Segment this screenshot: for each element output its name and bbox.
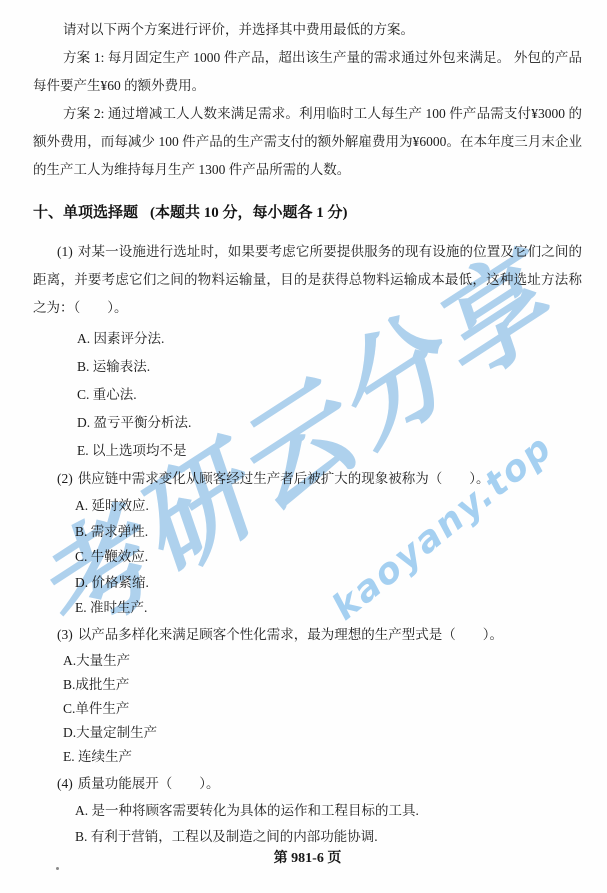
q2-option-a: A. 延时效应. (75, 493, 582, 519)
question-4-text: (4)质量功能展开（ ）。 (33, 770, 582, 798)
q2-option-e: E. 准时生产. (75, 595, 582, 621)
question-3-number: (3) (57, 627, 73, 642)
document-page: 考研云分享 kaoyany.top 请对以下两个方案进行评价，并选择其中费用最低… (0, 0, 607, 893)
question-1-number: (1) (57, 244, 73, 259)
page-number: 第 981-6 页 (33, 850, 582, 868)
q1-option-c: C. 重心法. (77, 381, 582, 409)
question-4-options: A. 是一种将顾客需要转化为具体的运作和工程目标的工具. B. 有利于营销，工程… (33, 798, 582, 850)
question-2-body: 供应链中需求变化从顾客经过生产者后被扩大的现象被称为（ ）。 (78, 471, 490, 486)
section-score-note: (本题共 10 分，每小题各 1 分) (150, 205, 348, 221)
question-1: (1)对某一设施进行选址时，如果要考虑它所要提供服务的现有设施的位置及它们之间的… (33, 238, 582, 465)
scan-speck (56, 867, 59, 870)
question-2-text: (2)供应链中需求变化从顾客经过生产者后被扩大的现象被称为（ ）。 (33, 465, 582, 493)
q4-option-b: B. 有利于营销，工程以及制造之间的内部功能协调. (75, 824, 582, 850)
q4-option-a: A. 是一种将顾客需要转化为具体的运作和工程目标的工具. (75, 798, 582, 824)
q2-option-c: C. 牛鞭效应. (75, 544, 582, 570)
question-3-body: 以产品多样化来满足顾客个性化需求，最为理想的生产型式是（ ）。 (78, 627, 503, 642)
q1-option-d: D. 盈亏平衡分析法. (77, 409, 582, 437)
question-1-text: (1)对某一设施进行选址时，如果要考虑它所要提供服务的现有设施的位置及它们之间的… (33, 238, 582, 322)
q3-option-a: A.大量生产 (63, 649, 582, 673)
q3-option-b: B.成批生产 (63, 673, 582, 697)
q2-option-d: D. 价格紧缩. (75, 570, 582, 596)
q1-option-b: B. 运输表法. (77, 353, 582, 381)
question-3-options: A.大量生产 B.成批生产 C.单件生产 D.大量定制生产 E. 连续生产 (33, 649, 582, 770)
intro-paragraph: 请对以下两个方案进行评价，并选择其中费用最低的方案。 (33, 16, 582, 44)
question-4-body: 质量功能展开（ ）。 (78, 776, 220, 791)
question-1-options: A. 因素评分法. B. 运输表法. C. 重心法. D. 盈亏平衡分析法. E… (33, 325, 582, 465)
q1-option-e: E. 以上选项均不是 (77, 437, 582, 465)
question-1-body: 对某一设施进行选址时，如果要考虑它所要提供服务的现有设施的位置及它们之间的距离，… (33, 244, 582, 315)
question-4-number: (4) (57, 776, 73, 791)
q1-option-a: A. 因素评分法. (77, 325, 582, 353)
plan2-paragraph: 方案 2: 通过增减工人人数来满足需求。利用临时工人每生产 100 件产品需支付… (33, 100, 582, 184)
section-title: 十、单项选择题 (33, 205, 138, 221)
question-3: (3)以产品多样化来满足顾客个性化需求，最为理想的生产型式是（ ）。 A.大量生… (33, 621, 582, 770)
plan1-paragraph: 方案 1: 每月固定生产 1000 件产品，超出该生产量的需求通过外包来满足。 … (33, 44, 582, 100)
question-4: (4)质量功能展开（ ）。 A. 是一种将顾客需要转化为具体的运作和工程目标的工… (33, 770, 582, 850)
question-3-text: (3)以产品多样化来满足顾客个性化需求，最为理想的生产型式是（ ）。 (33, 621, 582, 649)
q3-option-c: C.单件生产 (63, 697, 582, 721)
document-content: 请对以下两个方案进行评价，并选择其中费用最低的方案。 方案 1: 每月固定生产 … (0, 0, 607, 868)
q3-option-e: E. 连续生产 (63, 745, 582, 769)
question-2: (2)供应链中需求变化从顾客经过生产者后被扩大的现象被称为（ ）。 A. 延时效… (33, 465, 582, 621)
section-heading: 十、单项选择题(本题共 10 分，每小题各 1 分) (33, 202, 582, 224)
q2-option-b: B. 需求弹性. (75, 519, 582, 545)
question-2-options: A. 延时效应. B. 需求弹性. C. 牛鞭效应. D. 价格紧缩. E. 准… (33, 493, 582, 621)
question-2-number: (2) (57, 471, 73, 486)
q3-option-d: D.大量定制生产 (63, 721, 582, 745)
